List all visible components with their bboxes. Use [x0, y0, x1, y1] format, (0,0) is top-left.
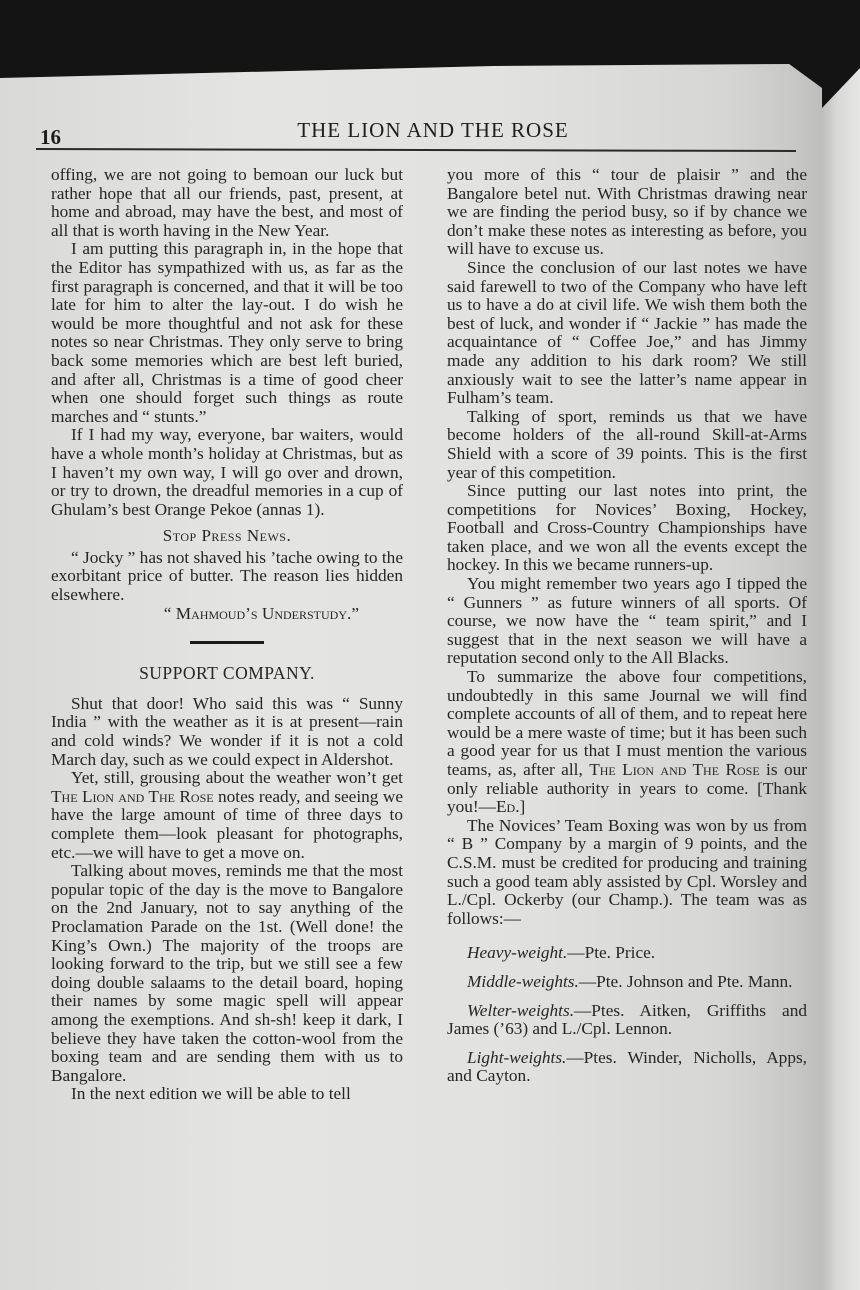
- editor-note: Ed.: [496, 797, 520, 816]
- team-entry: Heavy-weight.—Pte. Price.: [447, 944, 807, 963]
- weight-class: Light-weights.: [467, 1048, 566, 1067]
- journal-title: The Lion and The Rose: [589, 760, 759, 779]
- team-entry: Light-weights.—Ptes. Winder, Nicholls, A…: [447, 1049, 807, 1086]
- team-members: —Pte. Johnson and Pte. Mann.: [579, 972, 793, 991]
- weight-class: Middle-weights.: [467, 972, 579, 991]
- paragraph: You might remember two years ago I tippe…: [447, 575, 807, 668]
- paragraph: Talking of sport, reminds us that we hav…: [447, 408, 807, 482]
- running-head: THE LION AND THE ROSE: [0, 118, 860, 143]
- text-run: ]: [520, 797, 526, 816]
- stop-press-heading: Stop Press News.: [51, 527, 403, 546]
- facing-page-edge: [822, 68, 860, 1290]
- section-divider: [190, 641, 264, 644]
- paragraph: Talking about moves, reminds me that the…: [51, 862, 403, 1085]
- paragraph: you more of this “ tour de plaisir ” and…: [447, 166, 807, 259]
- signature: “ Mahmoud’s Understudy.”: [51, 605, 403, 624]
- paragraph: Shut that door! Who said this was “ Sunn…: [51, 695, 403, 769]
- paragraph: Yet, still, grousing about the weather w…: [51, 769, 403, 862]
- team-entry: Middle-weights.—Pte. Johnson and Pte. Ma…: [447, 973, 807, 992]
- paragraph: offing, we are not going to bemoan our l…: [51, 166, 403, 240]
- paragraph: Since the conclusion of our last notes w…: [447, 259, 807, 408]
- left-column: offing, we are not going to bemoan our l…: [51, 166, 403, 1104]
- stop-press-text: “ Jocky ” has not shaved his ’tache owin…: [51, 549, 403, 605]
- right-column: you more of this “ tour de plaisir ” and…: [447, 166, 807, 1086]
- text-run: Yet, still, grousing about the weather w…: [71, 768, 403, 787]
- weight-class: Welter-weights.: [467, 1001, 574, 1020]
- paragraph: Since putting our last notes into print,…: [447, 482, 807, 575]
- team-members: —Pte. Price.: [567, 943, 655, 962]
- paragraph: The Novices’ Team Boxing was won by us f…: [447, 817, 807, 929]
- team-entry: Welter-weights.—Ptes. Aitken, Griffiths …: [447, 1002, 807, 1039]
- paragraph: In the next edition we will be able to t…: [51, 1085, 403, 1104]
- weight-class: Heavy-weight.: [467, 943, 567, 962]
- paragraph: If I had my way, everyone, bar waiters, …: [51, 426, 403, 519]
- paragraph: I am putting this paragraph in, in the h…: [51, 240, 403, 426]
- section-title: SUPPORT COMPANY.: [51, 664, 403, 683]
- journal-title: The Lion and The Rose: [51, 787, 214, 806]
- paragraph: To summarize the above four competitions…: [447, 668, 807, 817]
